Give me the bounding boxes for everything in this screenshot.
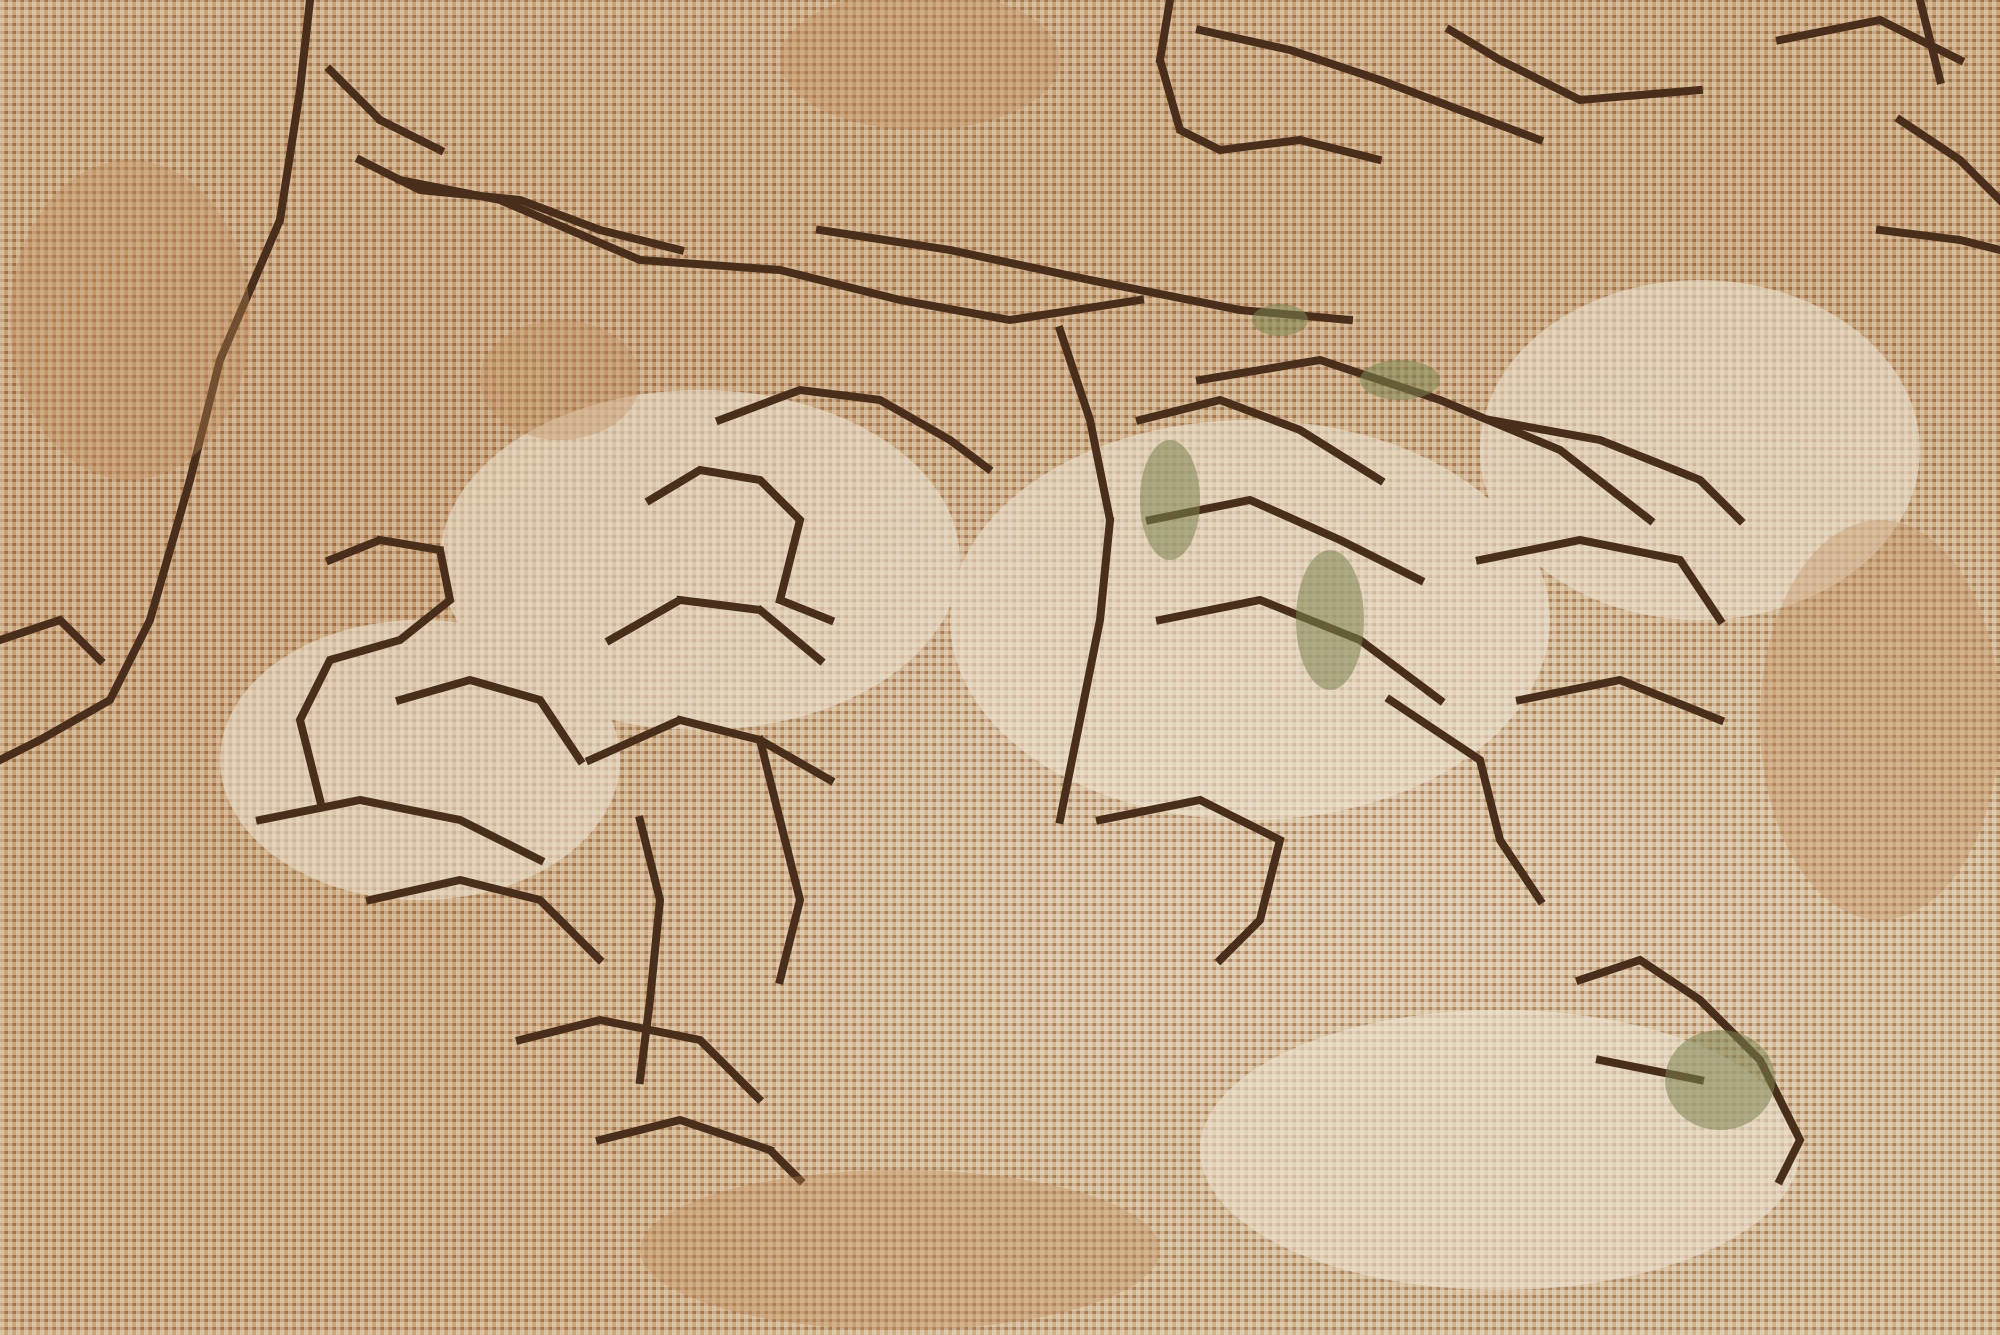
rug-photo [0,0,2000,1335]
rug-motif-outlines [0,0,2000,1335]
